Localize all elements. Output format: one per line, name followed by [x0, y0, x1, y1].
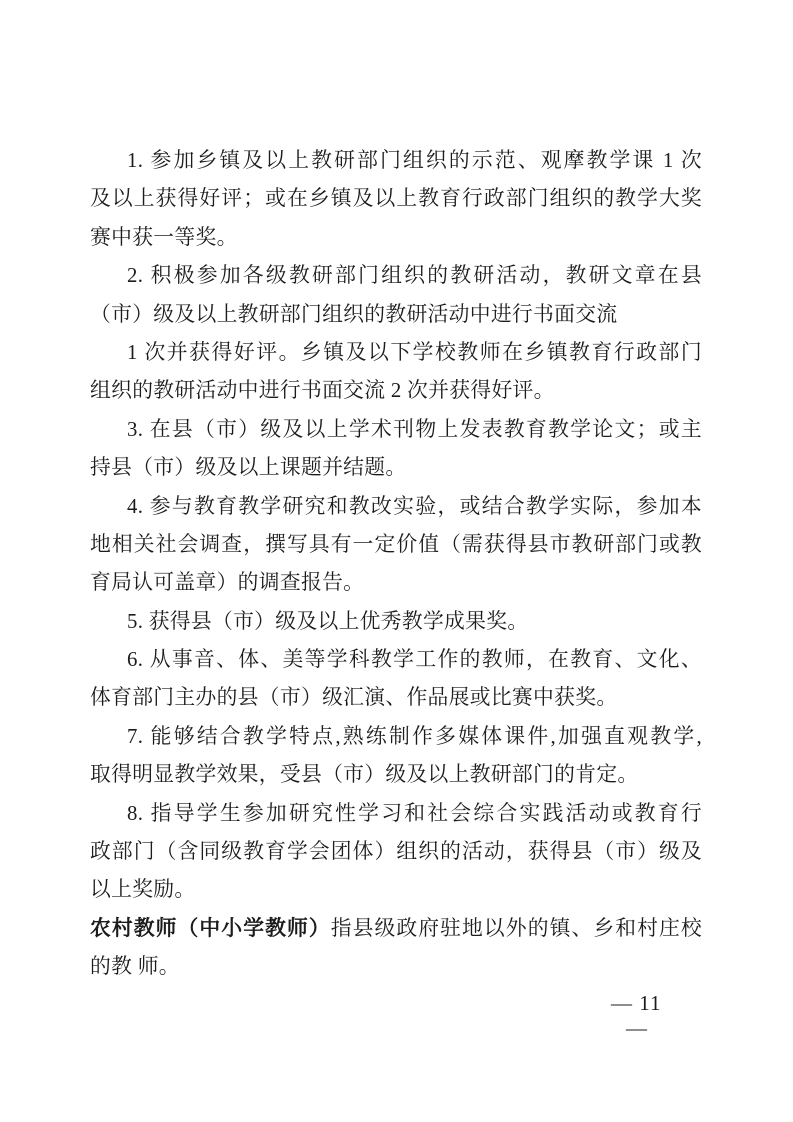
text-run: 指县级政府驻地以外的镇、乡和村庄校: [331, 917, 702, 940]
paragraph: 1. 参加乡镇及以上教研部门组织的示范、观摩教学课 1 次及以上获得好评；或在乡…: [90, 142, 702, 257]
text-run: 取得明显教学效果，受县（市）级及以上教研部门的肯定。: [90, 763, 639, 786]
text-line: 5. 获得县（市）级及以上优秀教学成果奖。: [90, 603, 702, 641]
text-run: 组织的教研活动中进行书面交流 2 次并获得好评。: [90, 379, 555, 402]
text-line: 2. 积极参加各级教研部门组织的教研活动，教研文章在县: [90, 257, 702, 295]
text-run: 1 次并获得好评。乡镇及以下学校教师在乡镇教育行政部门: [127, 341, 702, 364]
text-line: 及以上获得好评；或在乡镇及以上教育行政部门组织的教学大奖: [90, 180, 702, 218]
text-line: 以上奖励。: [90, 871, 702, 909]
text-run: 育局认可盖章）的调查报告。: [90, 571, 364, 594]
text-run: 1. 参加乡镇及以上教研部门组织的示范、观摩教学课 1 次: [127, 149, 702, 172]
text-line: 组织的教研活动中进行书面交流 2 次并获得好评。: [90, 372, 702, 410]
bold-term: 农村教师（中小学教师）: [90, 917, 331, 940]
paragraph: 4. 参与教育教学研究和教改实验，或结合教学实际，参加本地相关社会调查，撰写具有…: [90, 488, 702, 603]
text-run: 7. 能够结合教学特点,熟练制作多媒体课件,加强直观教学,: [127, 725, 702, 748]
paragraph: 6. 从事音、体、美等学科教学工作的教师，在教育、文化、体育部门主办的县（市）级…: [90, 641, 702, 718]
text-run: 以上奖励。: [90, 878, 195, 901]
text-run: 2. 积极参加各级教研部门组织的教研活动，教研文章在县: [127, 264, 702, 287]
text-run: 3. 在县（市）级及以上学术刊物上发表教育教学论文；或主: [127, 418, 702, 441]
text-run: 6. 从事音、体、美等学科教学工作的教师，在教育、文化、: [127, 648, 702, 671]
document-body: 1. 参加乡镇及以上教研部门组织的示范、观摩教学课 1 次及以上获得好评；或在乡…: [90, 142, 702, 987]
text-line: 农村教师（中小学教师）指县级政府驻地以外的镇、乡和村庄校: [90, 910, 702, 948]
text-run: （市）级及以上教研部门组织的教研活动中进行书面交流: [90, 303, 617, 326]
text-line: 取得明显教学效果，受县（市）级及以上教研部门的肯定。: [90, 756, 702, 794]
text-line: 1 次并获得好评。乡镇及以下学校教师在乡镇教育行政部门: [90, 334, 702, 372]
page-number-trailing-dash: —: [626, 1015, 647, 1041]
text-line: 4. 参与教育教学研究和教改实验，或结合教学实际，参加本: [90, 488, 702, 526]
text-line: 7. 能够结合教学特点,熟练制作多媒体课件,加强直观教学,: [90, 718, 702, 756]
text-line: 政部门（含同级教育学会团体）组织的活动，获得县（市）级及: [90, 833, 702, 871]
paragraph: 7. 能够结合教学特点,熟练制作多媒体课件,加强直观教学,取得明显教学效果，受县…: [90, 718, 702, 795]
document-page: 1. 参加乡镇及以上教研部门组织的示范、观摩教学课 1 次及以上获得好评；或在乡…: [0, 0, 793, 1122]
text-line: 1. 参加乡镇及以上教研部门组织的示范、观摩教学课 1 次: [90, 142, 702, 180]
text-line: 8. 指导学生参加研究性学习和社会综合实践活动或教育行: [90, 795, 702, 833]
paragraph: 2. 积极参加各级教研部门组织的教研活动，教研文章在县（市）级及以上教研部门组织…: [90, 257, 702, 334]
text-run: 4. 参与教育教学研究和教改实验，或结合教学实际，参加本: [127, 495, 702, 518]
paragraph: 农村教师（中小学教师）指县级政府驻地以外的镇、乡和村庄校的教 师。: [90, 910, 702, 987]
page-number: — 11: [611, 990, 661, 1016]
text-line: （市）级及以上教研部门组织的教研活动中进行书面交流: [90, 296, 702, 334]
paragraph: 1 次并获得好评。乡镇及以下学校教师在乡镇教育行政部门组织的教研活动中进行书面交…: [90, 334, 702, 411]
text-line: 6. 从事音、体、美等学科教学工作的教师，在教育、文化、: [90, 641, 702, 679]
text-line: 赛中获一等奖。: [90, 219, 702, 257]
text-run: 持县（市）级及以上课题并结题。: [90, 456, 406, 479]
paragraph: 3. 在县（市）级及以上学术刊物上发表教育教学论文；或主持县（市）级及以上课题并…: [90, 411, 702, 488]
text-line: 体育部门主办的县（市）级汇演、作品展或比赛中获奖。: [90, 679, 702, 717]
text-run: 及以上获得好评；或在乡镇及以上教育行政部门组织的教学大奖: [90, 187, 702, 210]
text-run: 体育部门主办的县（市）级汇演、作品展或比赛中获奖。: [90, 686, 617, 709]
text-line: 持县（市）级及以上课题并结题。: [90, 449, 702, 487]
text-run: 的教 师。: [90, 955, 180, 978]
text-run: 赛中获一等奖。: [90, 226, 238, 249]
text-run: 地相关社会调查，撰写具有一定价值（需获得县市教研部门或教: [90, 533, 702, 556]
text-line: 的教 师。: [90, 948, 702, 986]
text-line: 育局认可盖章）的调查报告。: [90, 564, 702, 602]
text-line: 3. 在县（市）级及以上学术刊物上发表教育教学论文；或主: [90, 411, 702, 449]
text-run: 5. 获得县（市）级及以上优秀教学成果奖。: [127, 610, 528, 633]
text-run: 8. 指导学生参加研究性学习和社会综合实践活动或教育行: [127, 802, 702, 825]
text-run: 政部门（含同级教育学会团体）组织的活动，获得县（市）级及: [90, 840, 702, 863]
paragraph: 8. 指导学生参加研究性学习和社会综合实践活动或教育行政部门（含同级教育学会团体…: [90, 795, 702, 910]
text-line: 地相关社会调查，撰写具有一定价值（需获得县市教研部门或教: [90, 526, 702, 564]
paragraph: 5. 获得县（市）级及以上优秀教学成果奖。: [90, 603, 702, 641]
